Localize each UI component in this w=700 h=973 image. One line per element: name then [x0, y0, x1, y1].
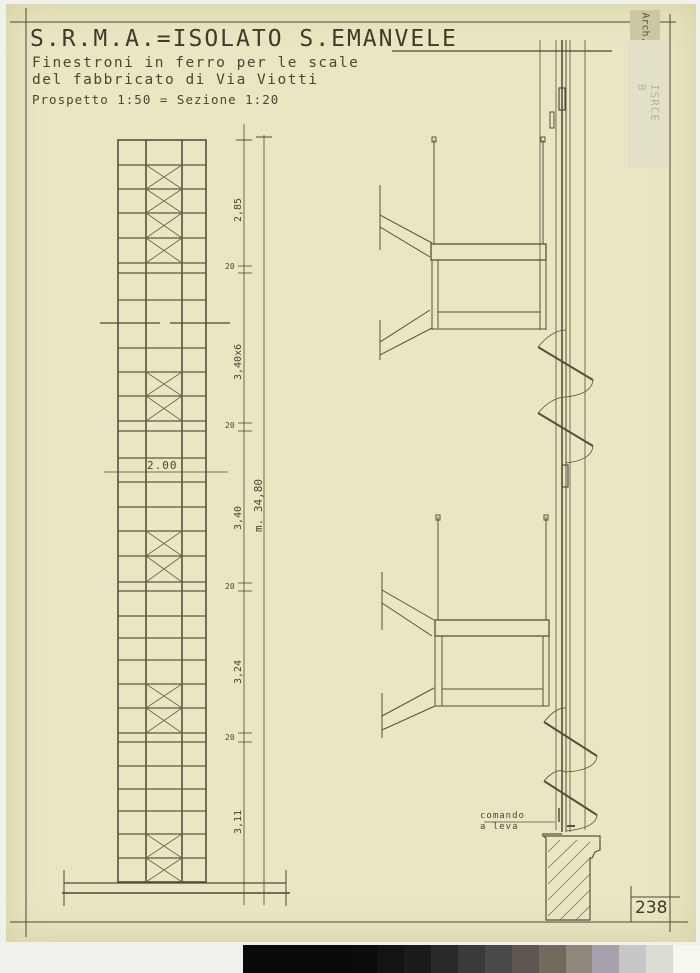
section-lower-landing: [382, 515, 549, 738]
section-window-profile: [538, 40, 597, 832]
color-swatch: [512, 945, 539, 973]
dimension-label: 3,40x6: [233, 344, 244, 380]
color-swatch: [646, 945, 673, 973]
elevation-width-label: 2.00: [147, 459, 178, 472]
dimension-label: 20: [225, 733, 235, 742]
dimension-label: 20: [225, 421, 235, 430]
dimension-label: 3,40: [233, 506, 244, 530]
dimension-label: 3,24: [233, 660, 244, 684]
color-swatch: [431, 945, 458, 973]
technical-drawing: [0, 0, 700, 973]
faded-archive-stamp: ISRCE 8: [628, 40, 668, 168]
sheet-subtitle-line1: Finestroni in ferro per le scale: [32, 55, 359, 71]
color-swatch: [566, 945, 593, 973]
color-swatch: [485, 945, 512, 973]
dimension-label: 20: [225, 262, 235, 271]
color-swatch: [243, 945, 270, 973]
sheet-title: S.R.M.A.=ISOLATO S.EMANVELE: [30, 26, 458, 52]
window-elevation: [118, 140, 206, 882]
scale-note: Prospetto 1:50 = Sezione 1:20: [32, 92, 279, 107]
section-upper-landing: [380, 137, 546, 360]
total-height-label: m. 34,80: [252, 479, 265, 532]
color-swatch: [539, 945, 566, 973]
color-swatch: [619, 945, 646, 973]
dimension-label: 3,11: [233, 810, 244, 834]
color-swatch: [404, 945, 431, 973]
color-swatch: [377, 945, 404, 973]
dimension-label: 20: [225, 582, 235, 591]
color-swatch: [351, 945, 378, 973]
dimension-label: 2,85: [233, 198, 244, 222]
color-swatch: [592, 945, 619, 973]
sheet-number: 238: [635, 898, 667, 918]
color-swatch: [673, 945, 700, 973]
color-swatch: [458, 945, 485, 973]
sheet-subtitle-line2: del fabbricato di Via Viotti: [32, 72, 318, 88]
color-swatch: [270, 945, 297, 973]
lever-control-annotation: comando a leva: [480, 811, 525, 833]
color-swatch: [297, 945, 324, 973]
color-calibration-strip: [243, 945, 700, 973]
color-swatch: [324, 945, 351, 973]
archive-stamp: Arch.: [630, 10, 660, 44]
